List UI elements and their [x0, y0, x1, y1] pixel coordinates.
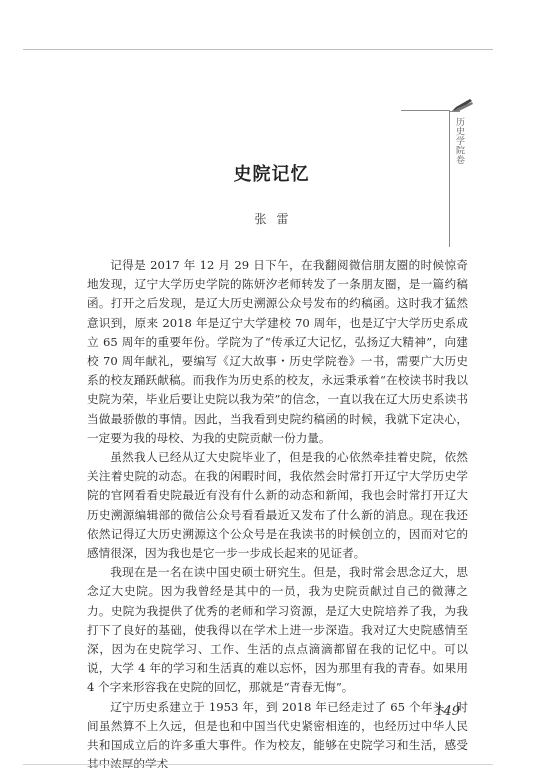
paragraph: 记得是 2017 年 12 月 29 日下午，在我翻阅微信朋友圈的时候惊奇地发现…: [87, 256, 468, 448]
paragraph: 虽然我人已经从辽大史院毕业了，但是我的心依然牵挂着史院，依然关注着史院的动态。在…: [87, 448, 468, 563]
paragraph: 辽宁历史系建立于 1953 年，到 2018 年已经走过了 65 个年头。时间虽…: [87, 698, 468, 768]
side-tab-rule-horizontal: [401, 110, 449, 111]
section-side-tab: 历史学院卷: [453, 117, 465, 165]
paragraph: 我现在是一名在读中国史硕士研究生。但是，我时常会思念辽大，思念辽大史院。因为我曾…: [87, 563, 468, 697]
footer-rule: [23, 764, 493, 765]
article-author: 张雷: [0, 210, 543, 227]
header-rule: [23, 49, 493, 50]
pencil-icon: [450, 98, 474, 112]
article-body: 记得是 2017 年 12 月 29 日下午，在我翻阅微信朋友圈的时候惊奇地发现…: [87, 256, 468, 768]
page-number: 149: [420, 704, 460, 719]
article-title: 史院记忆: [0, 160, 543, 186]
